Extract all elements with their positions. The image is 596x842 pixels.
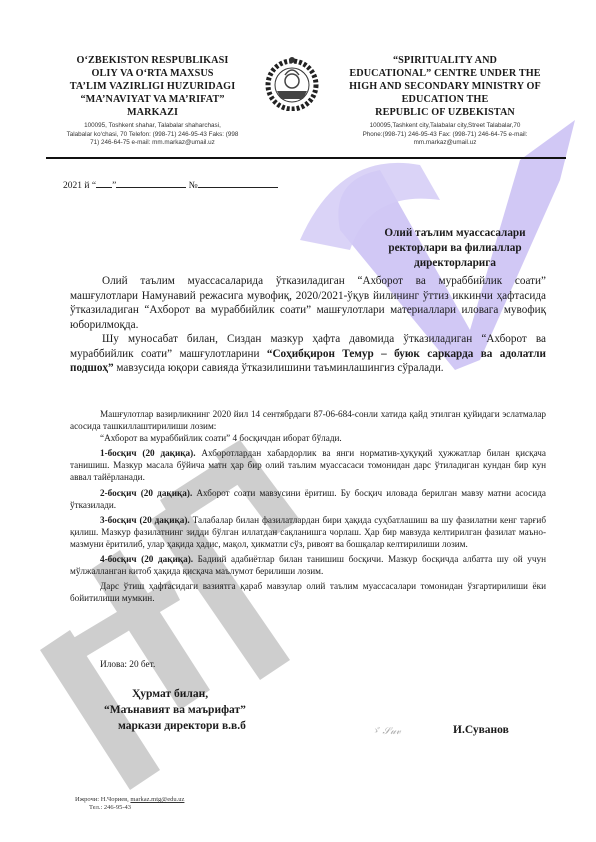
signer-org: “Маънавият ва маърифат” bbox=[104, 702, 246, 718]
registration-year: 2021 й “ bbox=[63, 181, 96, 191]
header-right-title-line: EDUCATIONAL” CENTRE UNDER THE bbox=[330, 67, 560, 80]
header-divider bbox=[46, 157, 566, 159]
number-blank bbox=[198, 178, 278, 188]
header-left-address-line: 100095, Toshkent shahar, Talabalar shaha… bbox=[50, 122, 255, 131]
regards: Ҳурмат билан, bbox=[104, 686, 246, 702]
header-left-title-line: OLIY VA O‘RTA MAXSUS bbox=[50, 67, 255, 80]
executor-phone: Тел.: 246-95-43 bbox=[75, 804, 184, 812]
executor-footer: Ижрочи: Н.Чориев, markaz.mtg@edu.uz Тел.… bbox=[75, 796, 184, 812]
signature-block: Ҳурмат билан, “Маънавият ва маърифат” ма… bbox=[104, 686, 246, 734]
header-left-address-line: 71) 246-64-75 e-mail: mm.markaz@umail.uz bbox=[50, 139, 255, 148]
header-right-title-line: “SPIRITUALITY AND bbox=[330, 54, 560, 67]
header-right-address-line: mm.markaz@umail.uz bbox=[330, 139, 560, 148]
header-left-title-line: “MA’NAVIYAT VA MA’RIFAT” bbox=[50, 93, 255, 106]
number-sign: № bbox=[189, 181, 198, 191]
addressee: Олий таълим муассасалари ректорлари ва ф… bbox=[330, 226, 580, 271]
header-left-title-line: O‘ZBEKISTON RESPUBLIKASI bbox=[50, 54, 255, 67]
stage-3: 3-босқич (20 дақиқа). Талабалар билан фа… bbox=[70, 514, 546, 550]
letter-body: Олий таълим муассасаларида ўтказиладиган… bbox=[70, 274, 546, 376]
header-left-title-line: MARKAZI bbox=[50, 106, 255, 119]
signer-name: И.Суванов bbox=[453, 724, 509, 736]
closing-note: Дарс ўтиш ҳафтасидаги вазиятга қараб мав… bbox=[70, 580, 546, 604]
header-right-english: “SPIRITUALITY AND EDUCATIONAL” CENTRE UN… bbox=[330, 54, 560, 148]
header-left-title-line: TA’LIM VAZIRLIGI HUZURIDAGI bbox=[50, 80, 255, 93]
stage-1: 1-босқич (20 дақиқа). Ахборотлардан хаба… bbox=[70, 447, 546, 483]
header-left-address-line: Talabalar ko‘chasi, 70 Telefon: (998-71)… bbox=[50, 131, 255, 140]
attachment-note: Илова: 20 бет. bbox=[100, 660, 155, 670]
header-left-uzbek: O‘ZBEKISTON RESPUBLIKASI OLIY VA O‘RTA M… bbox=[50, 54, 255, 148]
instructions: Машғулотлар вазирликнинг 2020 йил 14 сен… bbox=[70, 408, 546, 604]
header-right-address-line: Phone:(998-71) 246-95-43 Fax: (998-71) 2… bbox=[330, 131, 560, 140]
header-right-title-line: REPUBLIC OF UZBEKISTAN bbox=[330, 106, 560, 119]
instructions-summary: “Ахборот ва мураббийлик соати” 4 босқичд… bbox=[70, 432, 546, 444]
instructions-intro: Машғулотлар вазирликнинг 2020 йил 14 сен… bbox=[70, 408, 546, 432]
state-emblem-icon bbox=[265, 55, 319, 111]
stage-4: 4-босқич (20 дақиқа). Бадиий адабиётлар … bbox=[70, 553, 546, 577]
day-blank bbox=[96, 178, 112, 188]
header-right-title-line: EDUCATION THE bbox=[330, 93, 560, 106]
month-blank bbox=[116, 178, 186, 188]
stage-2: 2-босқич (20 дақиқа). Ахборот соати мавз… bbox=[70, 487, 546, 511]
header-right-title-line: HIGH AND SECONDARY MINISTRY OF bbox=[330, 80, 560, 93]
paragraph-1: Олий таълим муассасаларида ўтказиладиган… bbox=[70, 274, 546, 332]
executor-email-link[interactable]: markaz.mtg@edu.uz bbox=[130, 796, 184, 803]
registration-line: 2021 й “” № bbox=[63, 178, 278, 191]
header-right-address-line: 100095,Tashkent city,Talabalar city,Stre… bbox=[330, 122, 560, 131]
signer-title: маркази директори в.в.б bbox=[104, 718, 246, 734]
paragraph-2: Шу муносабат билан, Сиздан мазкур ҳафта … bbox=[70, 332, 546, 376]
handwritten-signature: ゞ 𝒮𝓊𝓋 bbox=[370, 722, 401, 737]
